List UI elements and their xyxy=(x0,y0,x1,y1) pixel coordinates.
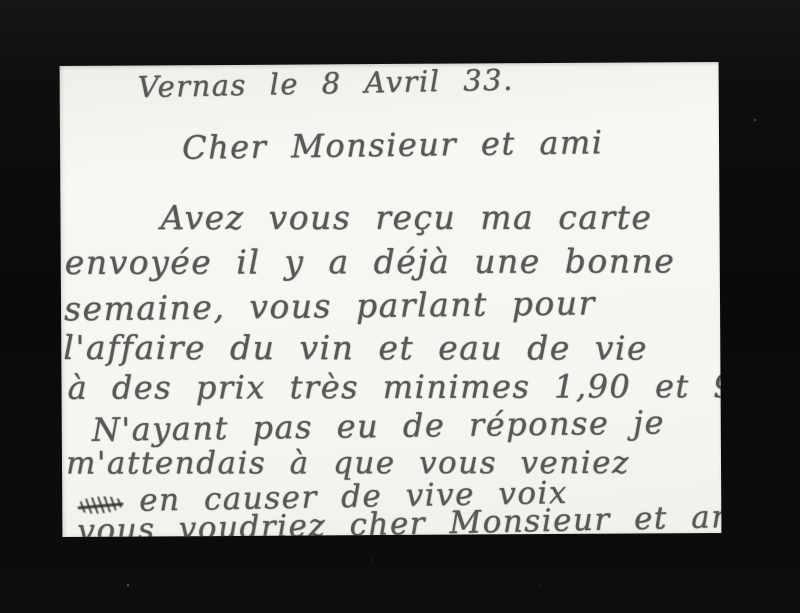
letter-salutation: Cher Monsieur et ami xyxy=(182,123,604,167)
letter-body-line: Avez vous reçu ma carte xyxy=(160,198,652,237)
letter-body-line: N'ayant pas eu de réponse je xyxy=(92,403,666,448)
photo-background: Vernas le 8 Avril 33. Cher Monsieur et a… xyxy=(0,0,800,613)
letter-body-line: à des prix très minimes 1,90 et 9; xyxy=(67,367,721,407)
letter-body-line: semaine, vous parlant pour xyxy=(64,283,596,328)
letter-body-line: l'affaire du vin et eau de vie xyxy=(63,328,648,368)
letter-body-line: envoyée il y a déjà une bonne xyxy=(65,241,676,282)
letter-card: Vernas le 8 Avril 33. Cher Monsieur et a… xyxy=(60,62,722,537)
letter-dateline: Vernas le 8 Avril 33. xyxy=(137,63,514,105)
